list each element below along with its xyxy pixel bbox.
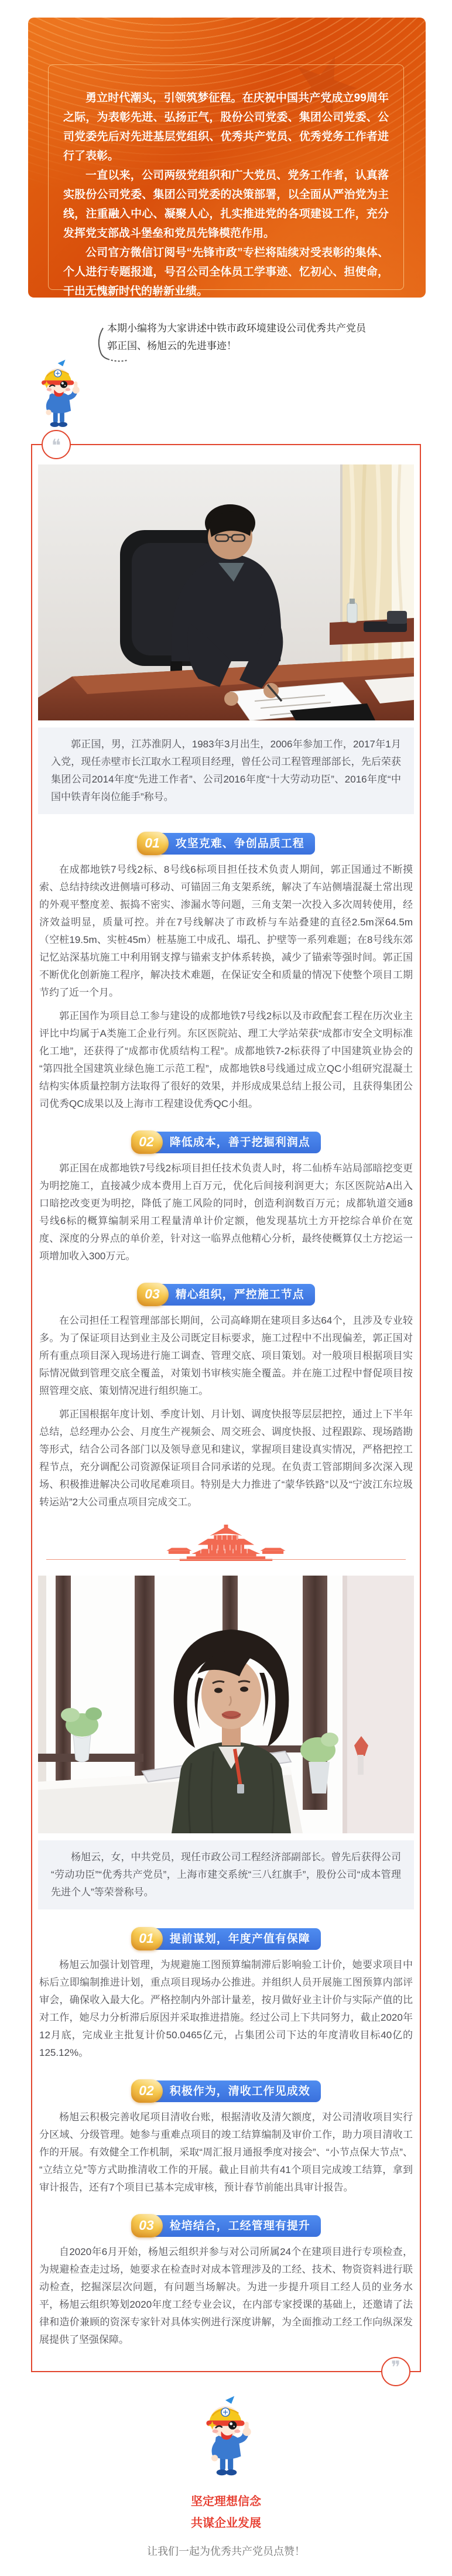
intro-row: 本期小编将为大家讲述中铁市政环境建设公司优秀共产党员 郭正国、杨旭云的先进事迹！ [0,298,452,444]
section-heading: 02 积极作为，清收工作见成效 [131,2079,321,2103]
footer: 坚定理想信念 共谋企业发展 让我们一起为优秀共产党员点赞！ [0,2372,452,2576]
section-title-badge: 降低成本，善于挖掘利润点 [151,1132,321,1153]
footer-slogan: 坚定理想信念 [0,2496,452,2507]
bio-text: 杨旭云，女，中共党员，现任市政公司工程经济部副部长。曾先后获得公司“劳动功臣”“… [51,1849,401,1901]
section-heading: 02 降低成本，善于挖掘利润点 [131,1130,321,1154]
section-title-badge: 积极作为，清收工作见成效 [151,2080,321,2102]
open-quote-icon: ❝ [42,430,71,459]
mascot-image [30,356,86,431]
mascot-image [193,2393,259,2479]
speech-line: 郭正国、杨旭云的先进事迹！ [107,337,382,355]
section-heading: 03 精心组织，严控施工节点 [137,1283,315,1306]
bio-text: 郭正国，男，江苏淮阴人，1983年3月出生，2006年参加工作，2017年1月入… [51,736,401,806]
palace-divider [38,1528,414,1566]
body-paragraph: 自2020年6月开始，杨旭云组织并参与对公司所属24个在建项目进行专项检查，为规… [38,2243,414,2349]
body-paragraph: 在公司担任工程管理部部长期间，公司高峰期在建项目多达64个，且涉及专业较多。为了… [38,1312,414,1400]
article-quote-box: ❝ ❞ [31,444,421,2372]
body-paragraph: 在成都地铁7号线2标、8号线6标项目担任技术负责人期间，郭正国通过不断摸索、总结… [38,861,414,1002]
body-paragraph: 杨旭云积极完善收尾项目清收台账，根据清收及清欠额度，对公司清收项目实行分区域、分… [38,2109,414,2196]
section-number-badge: 03 [137,1283,169,1306]
speech-bubble: 本期小编将为大家讲述中铁市政环境建设公司优秀共产党员 郭正国、杨旭云的先进事迹！ [107,320,382,355]
section-title-badge: 精心组织，严控施工节点 [157,1284,315,1306]
body-paragraph: 郭正国根据年度计划、季度计划、月计划、调度快报等层层把控，通过上下半年总结，总经… [38,1406,414,1511]
section-number-badge: 01 [137,832,169,855]
banner-paragraph: 勇立时代潮头，引领筑梦征程。在庆祝中国共产党成立99周年之际，为表彰先进、弘扬正… [63,88,389,166]
photo-guo-zhengguo [38,464,414,720]
photo-yang-xuyun [38,1576,414,1833]
banner-paragraph: 一直以来，公司两级党组织和广大党员、党务工作者，认真落实股份公司党委、集团公司党… [63,166,389,243]
banner-paragraph: 公司官方微信订阅号“先锋市政”专栏将陆续对受表彰的集体、个人进行专题报道，号召公… [63,243,389,298]
section-heading: 01 攻坚克难、争创品质工程 [137,832,315,855]
speech-line: 本期小编将为大家讲述中铁市政环境建设公司优秀共产党员 [107,320,382,337]
speech-tail-icon [93,327,145,368]
body-paragraph: 郭正国作为项目总工参与建设的成都地铁7号线2标以及市政配套工程在历次业主评比中均… [38,1007,414,1113]
bio-yang-xuyun: 杨旭云，女，中共党员，现任市政公司工程经济部副部长。曾先后获得公司“劳动功臣”“… [38,1840,414,1909]
section-number-badge: 02 [131,1130,163,1154]
section-title-badge: 检培结合，工经管理有提升 [151,2215,321,2237]
footer-tagline: 让我们一起为优秀共产党员点赞！ [0,2543,452,2558]
section-heading: 03 检培结合，工经管理有提升 [131,2214,321,2237]
section-heading: 01 提前谋划，年度产值有保障 [131,1927,321,1950]
section-number-badge: 02 [131,2079,163,2103]
footer-slogan: 共谋企业发展 [0,2517,452,2529]
palace-icon [153,1525,299,1561]
body-paragraph: 杨旭云加强计划管理，为规避施工图预算编制滞后影响验工计价，她要求项目中标后立即编… [38,1956,414,2062]
section-number-badge: 01 [131,1927,163,1950]
section-number-badge: 03 [131,2214,163,2237]
header-banner: 勇立时代潮头，引领筑梦征程。在庆祝中国共产党成立99周年之际，为表彰先进、弘扬正… [28,18,426,298]
section-title-badge: 提前谋划，年度产值有保障 [151,1928,321,1950]
close-quote-icon: ❞ [381,2357,410,2386]
body-paragraph: 郭正国在成都地铁7号线2标项目担任技术负责人时，将二仙桥车站局部暗挖变更为明挖施… [38,1160,414,1265]
bio-guo-zhengguo: 郭正国，男，江苏淮阴人，1983年3月出生，2006年参加工作，2017年1月入… [38,727,414,814]
banner-text-panel: 勇立时代潮头，引领筑梦征程。在庆祝中国共产党成立99周年之际，为表彰先进、弘扬正… [48,64,404,290]
section-title-badge: 攻坚克难、争创品质工程 [157,833,315,855]
